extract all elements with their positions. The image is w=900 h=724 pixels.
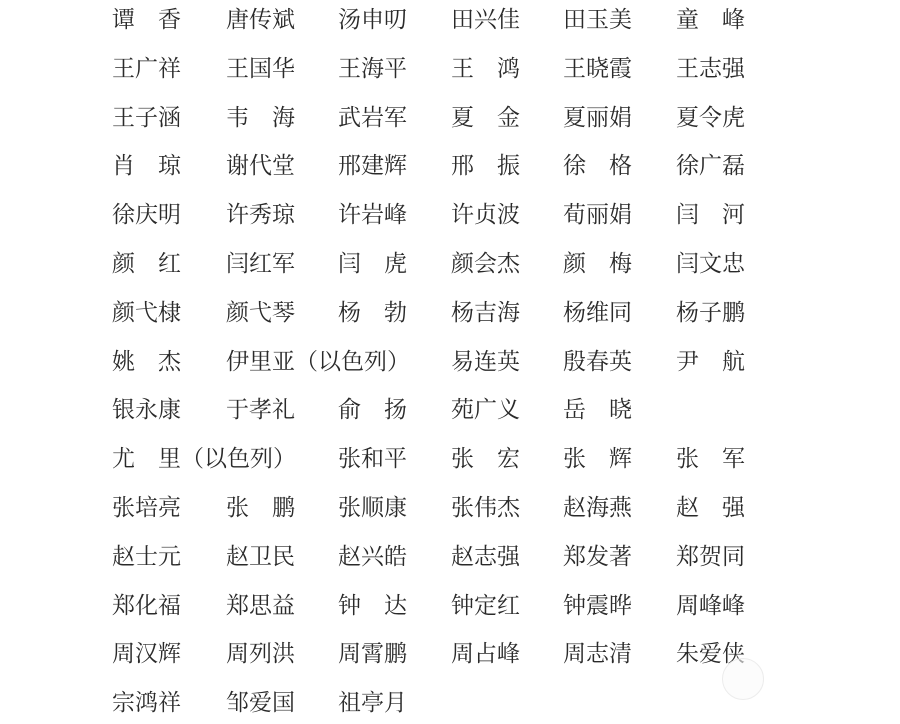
name-entry: 王海平 (338, 49, 407, 89)
name-entry: 张培亮 (112, 488, 181, 528)
name-entry: 张和平 (338, 439, 407, 479)
name-entry: 田兴佳 (451, 0, 520, 40)
name-entry: 田玉美 (563, 0, 632, 40)
name-entry: 赵志强 (451, 537, 520, 577)
name-entry: 肖 琼 (112, 146, 181, 186)
name-entry: 钟 达 (338, 586, 407, 626)
name-entry: 汤申叨 (338, 0, 407, 40)
name-entry: 俞 扬 (338, 390, 407, 430)
watermark-seal-icon (722, 658, 764, 700)
name-entry: 徐 格 (563, 146, 632, 186)
name-entry: 杨 勃 (338, 293, 407, 333)
name-row: 张培亮张 鹏张顺康张伟杰赵海燕赵 强 (0, 488, 900, 528)
name-entry: 邢建辉 (338, 146, 407, 186)
name-entry: 张顺康 (338, 488, 407, 528)
name-entry: 郑思益 (226, 586, 295, 626)
name-entry: 韦 海 (226, 98, 295, 138)
name-entry: 赵士元 (112, 537, 181, 577)
name-entry: 尹 航 (676, 342, 745, 382)
name-entry: 郑贺同 (676, 537, 745, 577)
name-list: 谭 香唐传斌汤申叨田兴佳田玉美童 峰王广祥王国华王海平王 鸿王晓霞王志强王子涵韦… (0, 0, 900, 724)
name-entry: 邢 振 (451, 146, 520, 186)
name-entry: 伊里亚（以色列） (226, 342, 410, 382)
name-entry: 周志清 (563, 634, 632, 674)
name-entry: 周列洪 (226, 634, 295, 674)
name-entry: 钟定红 (451, 586, 520, 626)
name-entry: 徐广磊 (676, 146, 745, 186)
name-row: 姚 杰伊里亚（以色列）易连英殷春英尹 航 (0, 342, 900, 382)
name-entry: 张 军 (676, 439, 745, 479)
name-entry: 殷春英 (563, 342, 632, 382)
name-entry: 王广祥 (112, 49, 181, 89)
name-entry: 张 辉 (563, 439, 632, 479)
name-entry: 徐庆明 (112, 195, 181, 235)
name-entry: 王国华 (226, 49, 295, 89)
name-entry: 银永康 (112, 390, 181, 430)
name-entry: 宗鸿祥 (112, 683, 181, 723)
name-row: 王广祥王国华王海平王 鸿王晓霞王志强 (0, 49, 900, 89)
name-entry: 夏 金 (451, 98, 520, 138)
name-entry: 闫红军 (226, 244, 295, 284)
name-entry: 谢代堂 (226, 146, 295, 186)
name-entry: 周霄鹏 (338, 634, 407, 674)
name-row: 赵士元赵卫民赵兴皓赵志强郑发著郑贺同 (0, 537, 900, 577)
name-entry: 许秀琼 (226, 195, 295, 235)
name-row: 徐庆明许秀琼许岩峰许贞波荀丽娟闫 河 (0, 195, 900, 235)
name-entry: 唐传斌 (226, 0, 295, 40)
name-row: 周汉辉周列洪周霄鹏周占峰周志清朱爱侠 (0, 634, 900, 674)
name-entry: 武岩军 (338, 98, 407, 138)
name-entry: 许岩峰 (338, 195, 407, 235)
name-entry: 赵兴皓 (338, 537, 407, 577)
name-entry: 杨子鹏 (676, 293, 745, 333)
name-entry: 闫 河 (676, 195, 745, 235)
name-entry: 周峰峰 (676, 586, 745, 626)
name-row: 谭 香唐传斌汤申叨田兴佳田玉美童 峰 (0, 0, 900, 40)
name-entry: 王晓霞 (563, 49, 632, 89)
name-row: 颜 红闫红军闫 虎颜会杰颜 梅闫文忠 (0, 244, 900, 284)
name-entry: 郑化福 (112, 586, 181, 626)
name-entry: 许贞波 (451, 195, 520, 235)
name-entry: 闫 虎 (338, 244, 407, 284)
name-entry: 赵海燕 (563, 488, 632, 528)
name-entry: 闫文忠 (676, 244, 745, 284)
name-entry: 颜弋棣 (112, 293, 181, 333)
name-entry: 杨维同 (563, 293, 632, 333)
name-entry: 王 鸿 (451, 49, 520, 89)
name-entry: 荀丽娟 (563, 195, 632, 235)
name-entry: 祖亭月 (338, 683, 407, 723)
name-row: 颜弋棣颜弋琴杨 勃杨吉海杨维同杨子鹏 (0, 293, 900, 333)
name-entry: 苑广义 (451, 390, 520, 430)
name-entry: 杨吉海 (451, 293, 520, 333)
name-entry: 王志强 (676, 49, 745, 89)
name-entry: 张 鹏 (226, 488, 295, 528)
name-entry: 易连英 (451, 342, 520, 382)
name-row: 王子涵韦 海武岩军夏 金夏丽娟夏令虎 (0, 98, 900, 138)
name-entry: 夏丽娟 (563, 98, 632, 138)
name-entry: 赵卫民 (226, 537, 295, 577)
name-entry: 赵 强 (676, 488, 745, 528)
name-entry: 岳 晓 (563, 390, 632, 430)
name-entry: 张 宏 (451, 439, 520, 479)
name-entry: 邹爱国 (226, 683, 295, 723)
name-row: 银永康于孝礼俞 扬苑广义岳 晓 (0, 390, 900, 430)
name-entry: 王子涵 (112, 98, 181, 138)
name-entry: 郑发著 (563, 537, 632, 577)
name-row: 肖 琼谢代堂邢建辉邢 振徐 格徐广磊 (0, 146, 900, 186)
name-entry: 颜会杰 (451, 244, 520, 284)
name-entry: 夏令虎 (676, 98, 745, 138)
name-entry: 颜 红 (112, 244, 181, 284)
name-entry: 周汉辉 (112, 634, 181, 674)
name-row: 郑化福郑思益钟 达钟定红钟震晔周峰峰 (0, 586, 900, 626)
name-entry: 颜 梅 (563, 244, 632, 284)
name-entry: 于孝礼 (226, 390, 295, 430)
name-entry: 张伟杰 (451, 488, 520, 528)
name-row: 尤 里（以色列）张和平张 宏张 辉张 军 (0, 439, 900, 479)
name-entry: 周占峰 (451, 634, 520, 674)
name-row: 宗鸿祥邹爱国祖亭月 (0, 683, 900, 723)
name-entry: 颜弋琴 (226, 293, 295, 333)
name-entry: 童 峰 (676, 0, 745, 40)
name-entry: 钟震晔 (563, 586, 632, 626)
name-entry: 谭 香 (112, 0, 181, 40)
name-entry: 姚 杰 (112, 342, 181, 382)
name-entry: 尤 里（以色列） (112, 439, 296, 479)
